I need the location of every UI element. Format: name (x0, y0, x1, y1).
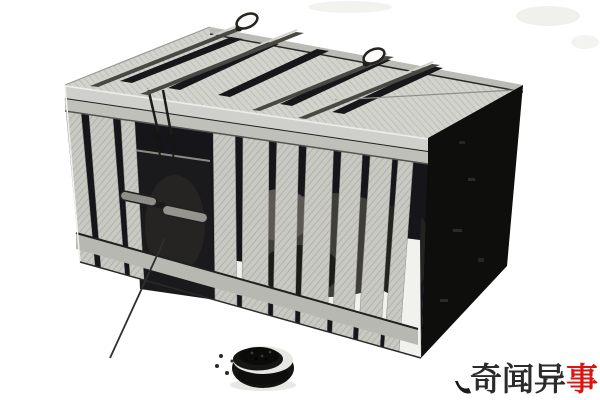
paper-smudge (308, 1, 392, 13)
cord-bobbin (154, 132, 163, 141)
watermark-text-dark: 奇闻异 (470, 360, 566, 398)
right-face-speckle (453, 229, 462, 232)
puzzle-box-illustration: 奇闻异事 (0, 0, 600, 400)
cord-tail (173, 152, 174, 163)
crumb (225, 371, 229, 375)
cord-bobbin (168, 135, 177, 144)
paper-smudge (571, 35, 599, 49)
right-face-speckle (440, 299, 448, 302)
paper-smudge (516, 6, 580, 26)
watermark-text: 奇闻异事 (470, 360, 598, 398)
bowl-food (239, 347, 279, 365)
watermark-text-red: 事 (566, 360, 598, 398)
food-speck (251, 352, 254, 355)
food-speck (265, 358, 267, 360)
crumb (231, 360, 234, 363)
right-face-speckle (459, 141, 465, 144)
crumb (219, 354, 223, 358)
cord-bobbin (157, 144, 164, 151)
watermark: 奇闻异事 (455, 360, 598, 398)
illustration-canvas: 奇闻异事 (0, 0, 600, 400)
food-speck (269, 351, 272, 354)
crumb (215, 364, 219, 368)
right-face-speckle (468, 178, 475, 181)
right-face-speckle (478, 258, 484, 262)
food-speck (261, 355, 264, 358)
food-speck (255, 358, 257, 360)
